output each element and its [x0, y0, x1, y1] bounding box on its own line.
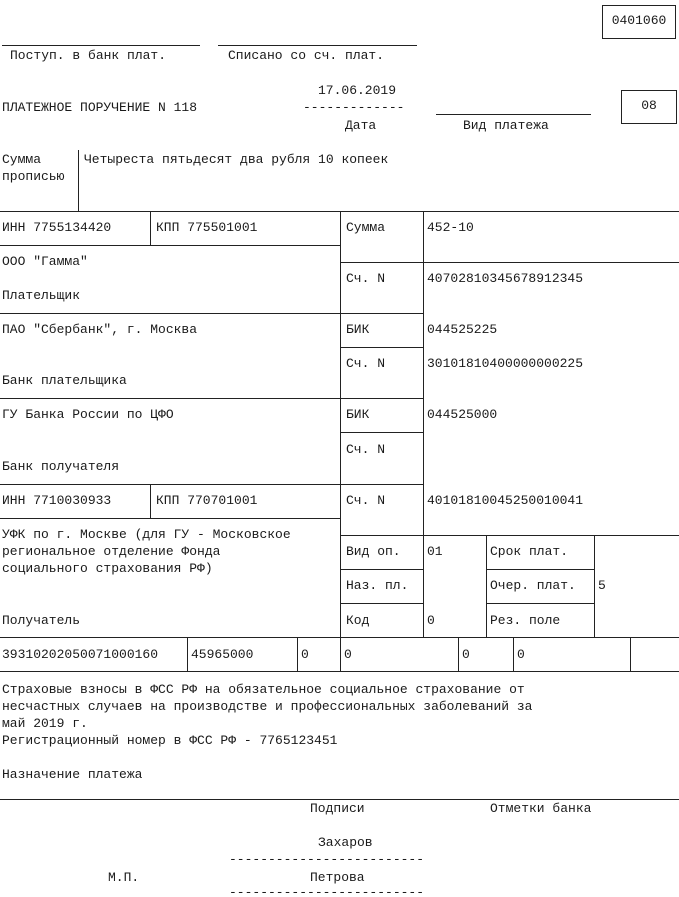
debited-line: [218, 45, 417, 46]
divider: [486, 603, 594, 604]
purpose-line-3: май 2019 г.: [2, 715, 88, 732]
payer-bank-label: Банк плательщика: [2, 372, 127, 389]
payee-name-1: УФК по г. Москве (для ГУ - Московское: [2, 526, 291, 543]
payer-bank-account-value: 30101810400000000225: [427, 355, 583, 372]
payer-bank-name: ПАО "Сбербанк", г. Москва: [2, 321, 197, 338]
signer-1: Захаров: [318, 834, 373, 851]
received-label: Поступ. в банк плат.: [10, 47, 166, 64]
purpose-line-2: несчастных случаев на производстве и про…: [2, 698, 533, 715]
divider: [594, 535, 595, 637]
signer-2-line: -------------------------: [229, 884, 424, 897]
form-code-box: 0401060: [602, 5, 676, 39]
payer-bank-bik-value: 044525225: [427, 321, 497, 338]
payer-inn: ИНН 7755134420: [2, 219, 111, 236]
divider: [340, 569, 423, 570]
divider: [513, 637, 514, 671]
divider: [340, 347, 423, 348]
code-label: Код: [346, 612, 369, 629]
purpose-line-4: Регистрационный номер в ФСС РФ - 7765123…: [2, 732, 337, 749]
payee-bank-label: Банк получателя: [2, 458, 119, 475]
divider: [630, 637, 631, 671]
payer-bank-bik-label: БИК: [346, 321, 369, 338]
divider: [340, 535, 679, 536]
status-code: 08: [641, 98, 657, 113]
divider: [297, 637, 298, 671]
divider: [0, 245, 340, 246]
signer-1-line: -------------------------: [229, 851, 424, 868]
priority-label: Очер. плат.: [490, 577, 576, 594]
date-dashes: -------------: [303, 99, 404, 116]
tax-period: 0: [344, 646, 352, 663]
divider: [0, 518, 340, 519]
divider: [340, 603, 423, 604]
divider: [458, 637, 459, 671]
tax-doc-number: 0: [462, 646, 470, 663]
payee-label: Получатель: [2, 612, 80, 629]
bank-marks-label: Отметки банка: [490, 800, 591, 817]
divider: [340, 432, 423, 433]
payee-inn: ИНН 7710030933: [2, 492, 111, 509]
payer-bank-account-label: Сч. N: [346, 355, 385, 372]
priority-value: 5: [598, 577, 606, 594]
payer-kpp: КПП 775501001: [156, 219, 257, 236]
document-date: 17.06.2019: [318, 82, 396, 99]
divider: [486, 569, 594, 570]
divider: [0, 484, 423, 485]
payee-name-3: социального страхования РФ): [2, 560, 213, 577]
form-code: 0401060: [612, 13, 667, 28]
payment-type-line: [436, 114, 591, 115]
payer-account-label: Сч. N: [346, 270, 385, 287]
purpose-line-1: Страховые взносы в ФСС РФ на обязательно…: [2, 681, 525, 698]
received-line: [2, 45, 200, 46]
tax-kbk: 39310202050071000160: [2, 646, 158, 663]
payment-type-label: Вид платежа: [463, 117, 549, 134]
op-type-label: Вид оп.: [346, 543, 401, 560]
payer-label: Плательщик: [2, 287, 80, 304]
tax-basis: 0: [301, 646, 309, 663]
document-title: ПЛАТЕЖНОЕ ПОРУЧЕНИЕ N 118: [2, 99, 197, 116]
divider: [150, 484, 151, 518]
purpose-label: Назначение платежа: [2, 766, 142, 783]
payee-bank-account-label: Сч. N: [346, 441, 385, 458]
divider: [340, 262, 679, 263]
amount-words-value: Четыреста пятьдесят два рубля 10 копеек: [84, 151, 388, 168]
stamp-label: М.П.: [108, 869, 139, 886]
date-label: Дата: [345, 117, 376, 134]
sum-label: Сумма: [346, 219, 385, 236]
payee-name-2: региональное отделение Фонда: [2, 543, 220, 560]
purpose-code-label: Наз. пл.: [346, 577, 408, 594]
payee-account-label: Сч. N: [346, 492, 385, 509]
payee-bank-name: ГУ Банка России по ЦФО: [2, 406, 174, 423]
divider: [0, 671, 679, 672]
divider: [150, 211, 151, 245]
reserve-label: Рез. поле: [490, 612, 560, 629]
divider: [78, 150, 79, 211]
code-value: 0: [427, 612, 435, 629]
debited-label: Списано со сч. плат.: [228, 47, 384, 64]
due-label: Срок плат.: [490, 543, 568, 560]
payer-account-value: 40702810345678912345: [427, 270, 583, 287]
divider: [340, 211, 341, 638]
payee-kpp: КПП 770701001: [156, 492, 257, 509]
divider: [486, 535, 487, 637]
payer-name: ООО "Гамма": [2, 253, 88, 270]
divider: [340, 637, 341, 671]
payee-bank-bik-label: БИК: [346, 406, 369, 423]
divider: [423, 211, 424, 638]
tax-doc-date: 0: [517, 646, 525, 663]
payee-account-value: 40101810045250010041: [427, 492, 583, 509]
status-code-box: 08: [621, 90, 677, 124]
amount-words-label-2: прописью: [2, 168, 64, 185]
amount-words-label-1: Сумма: [2, 151, 41, 168]
sum-value: 452-10: [427, 219, 474, 236]
divider: [0, 398, 423, 399]
op-type-value: 01: [427, 543, 443, 560]
signatures-label: Подписи: [310, 800, 365, 817]
divider: [187, 637, 188, 671]
payee-bank-bik-value: 044525000: [427, 406, 497, 423]
tax-oktmo: 45965000: [191, 646, 253, 663]
divider: [0, 313, 423, 314]
